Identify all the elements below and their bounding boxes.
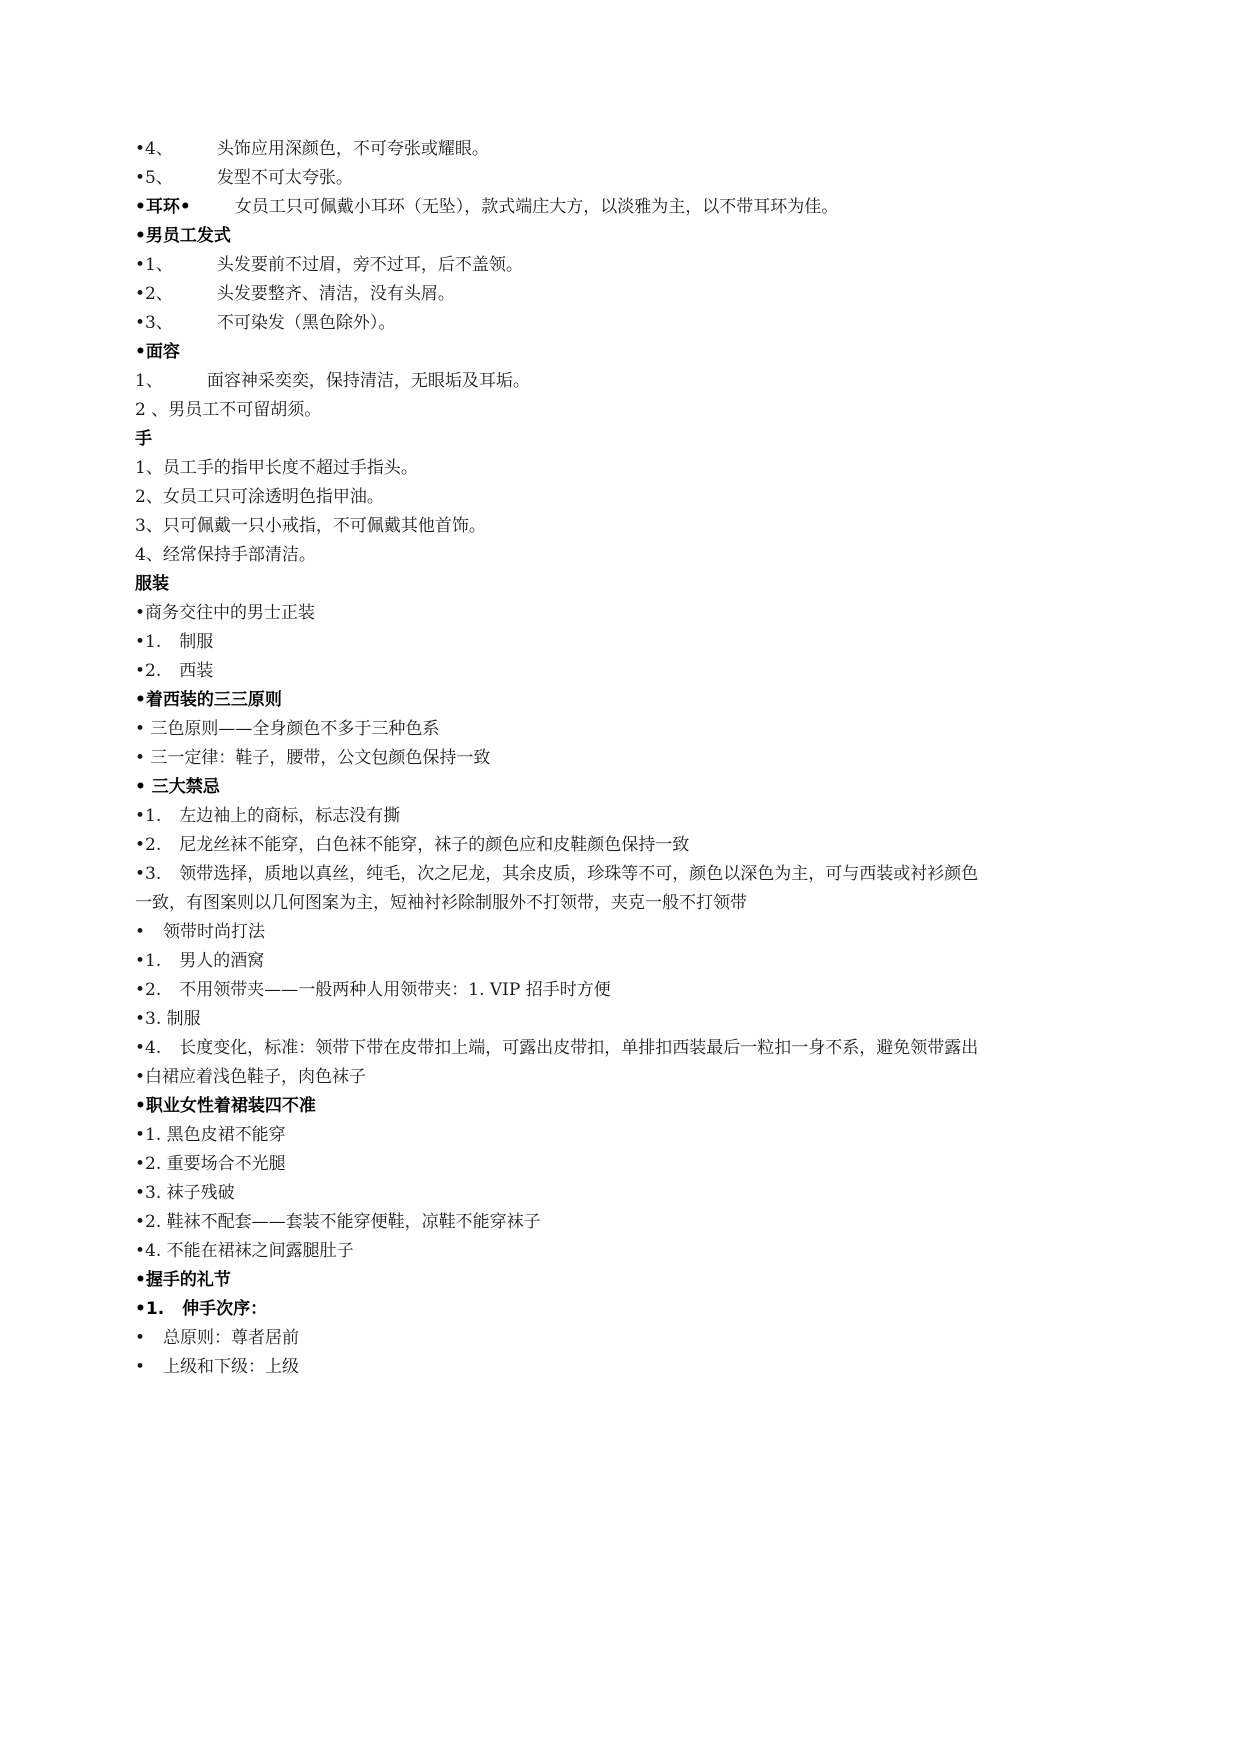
text-line: • 三色原则——全身颜色不多于三种色系 — [135, 715, 985, 744]
line-marker: • — [135, 1357, 145, 1377]
text-line: •商务交往中的男士正装 — [135, 599, 985, 628]
line-content: 头饰应用深颜色，不可夸张或耀眼。 — [217, 139, 489, 159]
section-heading: •职业女性着裙装四不准 — [135, 1092, 985, 1121]
text-line: 1、面容神采奕奕，保持清洁，无眼垢及耳垢。 — [135, 367, 985, 396]
text-line: •3.领带选择，质地以真丝，纯毛，次之尼龙，其余皮质，珍珠等不可，颜色以深色为主… — [135, 860, 985, 918]
line-marker: •1. — [135, 806, 161, 826]
line-marker: •4. — [135, 1038, 161, 1058]
text-line: •4.长度变化，标准：领带下带在皮带扣上端，可露出皮带扣，单排扣西装最后一粒扣一… — [135, 1034, 985, 1063]
text-line: •3. 制服 — [135, 1005, 985, 1034]
text-line: •1、头发要前不过眉，旁不过耳，后不盖领。 — [135, 251, 985, 280]
line-marker: • — [135, 922, 145, 942]
section-heading: • 三大禁忌 — [135, 773, 985, 802]
line-marker: •3. 袜子残破 — [135, 1183, 235, 1203]
text-line: •1.制服 — [135, 628, 985, 657]
line-marker: • 三一定律：鞋子，腰带，公文包颜色保持一致 — [135, 748, 490, 768]
line-content: 西装 — [179, 661, 213, 681]
text-line: •2. 鞋袜不配套——套装不能穿便鞋，凉鞋不能穿袜子 — [135, 1208, 985, 1237]
line-marker: • 三大禁忌 — [135, 777, 220, 797]
line-marker: •4、 — [135, 139, 173, 159]
line-content: 不用领带夹——一般两种人用领带夹：1. VIP 招手时方便 — [179, 980, 610, 1000]
section-heading: 手 — [135, 425, 985, 454]
line-marker: •男员工发式 — [135, 226, 231, 246]
line-marker: •面容 — [135, 342, 180, 362]
line-content: 上级和下级：上级 — [163, 1357, 299, 1377]
line-marker: •2. 重要场合不光腿 — [135, 1154, 286, 1174]
line-marker: •3. 制服 — [135, 1009, 201, 1029]
text-line: •1.男人的酒窝 — [135, 947, 985, 976]
line-marker: •2、 — [135, 284, 173, 304]
text-line: •2. 重要场合不光腿 — [135, 1150, 985, 1179]
line-content: 制服 — [179, 632, 213, 652]
line-marker: •3. — [135, 864, 161, 884]
text-line: •上级和下级：上级 — [135, 1353, 985, 1382]
line-content: 头发要整齐、清洁，没有头屑。 — [217, 284, 455, 304]
text-line: •耳环•女员工只可佩戴小耳环（无坠），款式端庄大方，以淡雅为主，以不带耳环为佳。 — [135, 193, 985, 222]
line-marker: •2. — [135, 661, 161, 681]
line-marker: •耳环• — [135, 197, 191, 217]
line-marker: •职业女性着裙装四不准 — [135, 1096, 316, 1116]
text-line: 2 、男员工不可留胡须。 — [135, 396, 985, 425]
line-marker: 1、 — [135, 371, 163, 391]
line-marker: 1、员工手的指甲长度不超过手指头。 — [135, 458, 418, 478]
section-heading: 服装 — [135, 570, 985, 599]
text-line: 4、经常保持手部清洁。 — [135, 541, 985, 570]
line-marker: •握手的礼节 — [135, 1270, 231, 1290]
text-line: •2、头发要整齐、清洁，没有头屑。 — [135, 280, 985, 309]
line-marker: 2、女员工只可涂透明色指甲油。 — [135, 487, 384, 507]
text-line: •3、不可染发（黑色除外）。 — [135, 309, 985, 338]
line-content: 长度变化，标准：领带下带在皮带扣上端，可露出皮带扣，单排扣西装最后一粒扣一身不系… — [179, 1038, 978, 1058]
line-marker: 2 、男员工不可留胡须。 — [135, 400, 321, 420]
line-marker: 4、经常保持手部清洁。 — [135, 545, 316, 565]
text-line: •3. 袜子残破 — [135, 1179, 985, 1208]
section-heading: •握手的礼节 — [135, 1266, 985, 1295]
line-marker: •3、 — [135, 313, 173, 333]
text-line: •5、发型不可太夸张。 — [135, 164, 985, 193]
text-line: •2.不用领带夹——一般两种人用领带夹：1. VIP 招手时方便 — [135, 976, 985, 1005]
line-marker: •4. 不能在裙袜之间露腿肚子 — [135, 1241, 354, 1261]
line-marker: •1. 黑色皮裙不能穿 — [135, 1125, 286, 1145]
line-marker: •1. — [135, 1299, 164, 1319]
text-line: •总原则：尊者居前 — [135, 1324, 985, 1353]
line-content: 男人的酒窝 — [179, 951, 264, 971]
line-content: 总原则：尊者居前 — [163, 1328, 299, 1348]
line-marker: • 三色原则——全身颜色不多于三种色系 — [135, 719, 439, 739]
text-line: •1.左边袖上的商标，标志没有撕 — [135, 802, 985, 831]
line-content: 领带时尚打法 — [163, 922, 265, 942]
text-line: • 三一定律：鞋子，腰带，公文包颜色保持一致 — [135, 744, 985, 773]
line-content: 尼龙丝袜不能穿，白色袜不能穿，袜子的颜色应和皮鞋颜色保持一致 — [179, 835, 689, 855]
line-content: 左边袖上的商标，标志没有撕 — [179, 806, 400, 826]
text-line: •2.西装 — [135, 657, 985, 686]
line-content: 伸手次序： — [182, 1299, 267, 1319]
line-marker: •1. — [135, 632, 161, 652]
document-page: •4、头饰应用深颜色，不可夸张或耀眼。•5、发型不可太夸张。•耳环•女员工只可佩… — [135, 135, 985, 1382]
line-content: 女员工只可佩戴小耳环（无坠），款式端庄大方，以淡雅为主，以不带耳环为佳。 — [235, 197, 839, 217]
line-marker: 服装 — [135, 574, 169, 594]
line-content: 面容神采奕奕，保持清洁，无眼垢及耳垢。 — [207, 371, 530, 391]
line-marker: •2. 鞋袜不配套——套装不能穿便鞋，凉鞋不能穿袜子 — [135, 1212, 541, 1232]
line-content: 领带选择，质地以真丝，纯毛，次之尼龙，其余皮质，珍珠等不可，颜色以深色为主，可与… — [135, 864, 978, 913]
line-marker: •2. — [135, 835, 161, 855]
section-heading: •着西装的三三原则 — [135, 686, 985, 715]
line-content: 头发要前不过眉，旁不过耳，后不盖领。 — [217, 255, 523, 275]
line-marker: 手 — [135, 429, 152, 449]
text-line: •1. 黑色皮裙不能穿 — [135, 1121, 985, 1150]
section-heading: •男员工发式 — [135, 222, 985, 251]
text-line: •白裙应着浅色鞋子，肉色袜子 — [135, 1063, 985, 1092]
line-marker: •着西装的三三原则 — [135, 690, 282, 710]
text-line: 2、女员工只可涂透明色指甲油。 — [135, 483, 985, 512]
line-marker: •白裙应着浅色鞋子，肉色袜子 — [135, 1067, 366, 1087]
line-marker: •1、 — [135, 255, 173, 275]
line-content: 发型不可太夸张。 — [217, 168, 353, 188]
line-marker: •1. — [135, 951, 161, 971]
text-line: 3、只可佩戴一只小戒指，不可佩戴其他首饰。 — [135, 512, 985, 541]
line-marker: 3、只可佩戴一只小戒指，不可佩戴其他首饰。 — [135, 516, 486, 536]
line-content: 不可染发（黑色除外）。 — [217, 313, 396, 333]
line-marker: •5、 — [135, 168, 173, 188]
text-line: •领带时尚打法 — [135, 918, 985, 947]
line-marker: •商务交往中的男士正装 — [135, 603, 315, 623]
section-heading: •1.伸手次序： — [135, 1295, 985, 1324]
line-marker: •2. — [135, 980, 161, 1000]
line-marker: • — [135, 1328, 145, 1348]
section-heading: •面容 — [135, 338, 985, 367]
text-line: •4. 不能在裙袜之间露腿肚子 — [135, 1237, 985, 1266]
text-line: 1、员工手的指甲长度不超过手指头。 — [135, 454, 985, 483]
text-line: •4、头饰应用深颜色，不可夸张或耀眼。 — [135, 135, 985, 164]
text-line: •2.尼龙丝袜不能穿，白色袜不能穿，袜子的颜色应和皮鞋颜色保持一致 — [135, 831, 985, 860]
